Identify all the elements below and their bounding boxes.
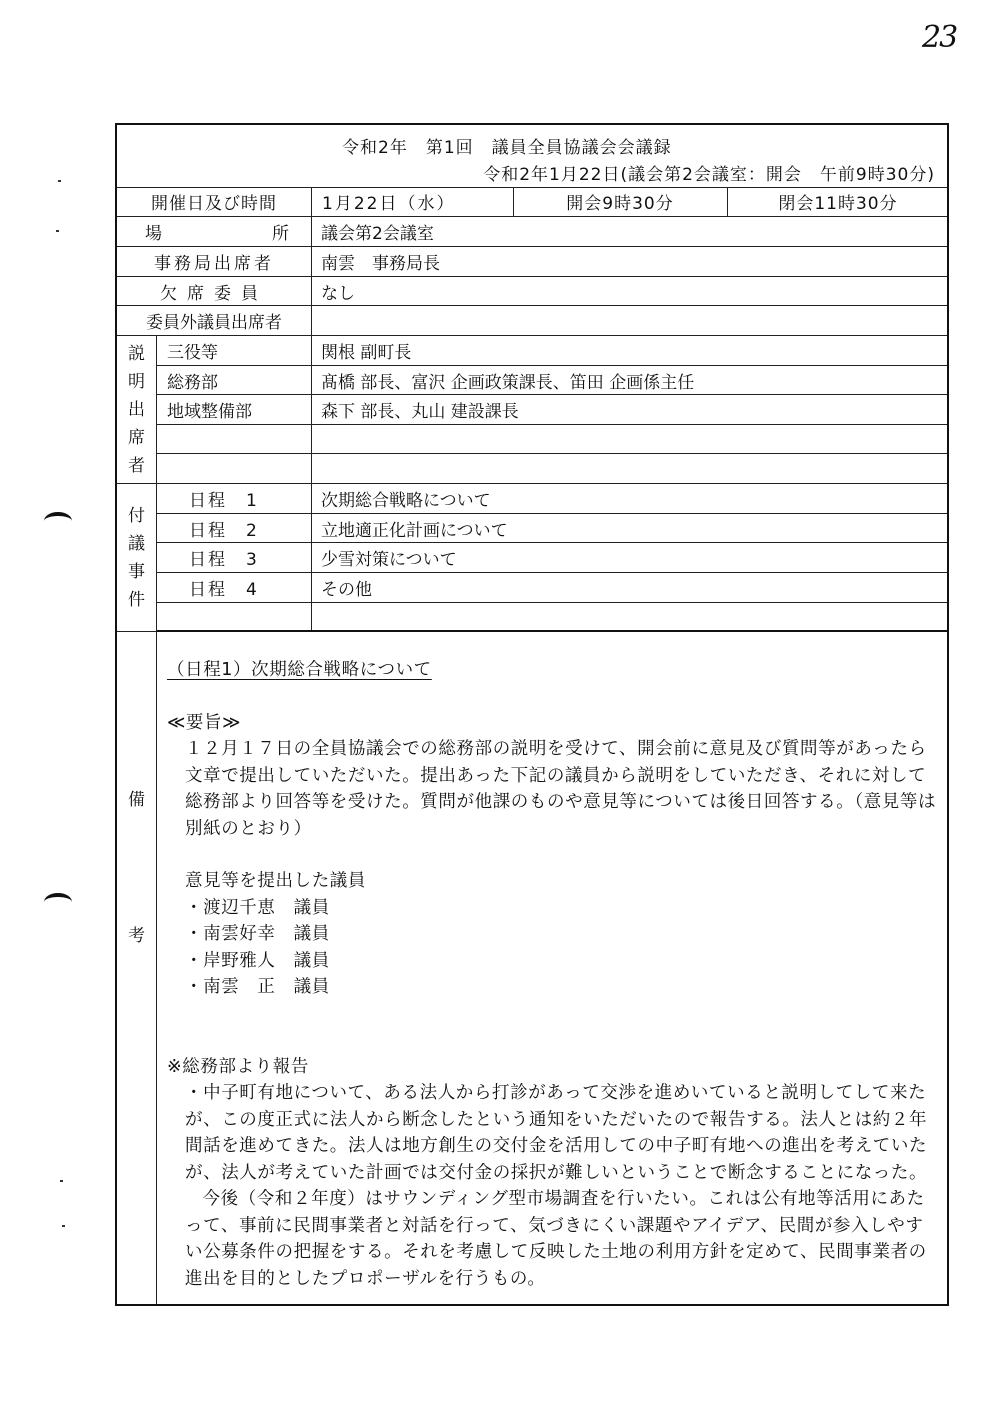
agenda-topic: 次期総合戦略について: [321, 484, 491, 513]
secretariat-label: 事務局出席者: [117, 247, 311, 276]
agenda-label: 付 議 事 件: [117, 484, 157, 632]
report-label: ※総務部より報告: [167, 1054, 937, 1081]
summary-label: ≪要旨≫: [167, 710, 937, 737]
scan-speck: [62, 1225, 65, 1227]
agenda-item-number: 日程 2: [189, 514, 259, 542]
non-member-row: 委員外議員出席者: [117, 306, 947, 336]
absent-value: なし: [321, 277, 355, 305]
date-time-label: 開催日及び時間: [117, 187, 311, 216]
agenda-row: [157, 603, 947, 632]
punch-hole-mark: [44, 512, 72, 530]
remarks-label: 備 考: [117, 632, 157, 1304]
member-item: ・南雲好幸 議員: [167, 921, 937, 948]
non-member-label: 委員外議員出席者: [117, 306, 311, 335]
scan-speck: [58, 180, 61, 182]
explainers-label: 説 明 出 席 者: [117, 336, 157, 484]
place-label-1: 場: [145, 219, 162, 244]
agenda-row: 日程 3 少雪対策について: [157, 543, 947, 573]
document-subtitle: 令和2年1月22日(議会第2会議室：開会 午前9時30分): [483, 160, 935, 185]
meeting-date: 1月22日（水）: [322, 187, 512, 216]
open-time: 開会9時30分: [513, 187, 727, 216]
place-row: 場 所 議会第2会議室: [117, 217, 947, 247]
explainer-row: [157, 454, 947, 484]
absent-row: 欠席委員 なし: [117, 277, 947, 306]
agenda-topic: 立地適正化計画について: [321, 514, 508, 542]
explainer-dept: 総務部: [167, 366, 218, 394]
place-label-2: 所: [272, 219, 289, 244]
agenda-row: 日程 4 その他: [157, 573, 947, 603]
member-item: ・岸野雅人 議員: [167, 948, 937, 975]
explainer-dept: 地域整備部: [167, 395, 252, 424]
punch-hole-mark: [44, 893, 72, 911]
explainer-names: 関根 副町長: [321, 336, 411, 365]
members-label: 意見等を提出した議員: [167, 868, 937, 895]
date-time-row: 開催日及び時間 1月22日（水） 開会9時30分 閉会11時30分: [117, 187, 947, 217]
secretariat-value: 南雲 事務局長: [321, 247, 440, 276]
agenda-item-number: 日程 1: [189, 484, 259, 513]
document-title: 令和2年 第1回 議員全員協議会会議録: [342, 133, 672, 158]
scan-speck: [60, 1180, 63, 1182]
member-item: ・渡辺千恵 議員: [167, 895, 937, 922]
minutes-table: 令和2年 第1回 議員全員協議会会議録 令和2年1月22日(議会第2会議室：開会…: [115, 123, 949, 1306]
explainer-row: 三役等 関根 副町長: [157, 336, 947, 366]
title-block: 令和2年 第1回 議員全員協議会会議録 令和2年1月22日(議会第2会議室：開会…: [117, 125, 947, 188]
agenda-item-number: 日程 3: [189, 543, 259, 572]
explainer-row: 総務部 髙橋 部長、富沢 企画政策課長、笛田 企画係主任: [157, 366, 947, 395]
place-value: 議会第2会議室: [321, 217, 434, 246]
member-item: ・南雲 正 議員: [167, 974, 937, 1001]
absent-label: 欠席委員: [117, 277, 311, 305]
secretariat-row: 事務局出席者 南雲 事務局長: [117, 247, 947, 277]
summary-text: １２月１７日の全員協議会での総務部の説明を受けて、開会前に意見及び質問等があった…: [167, 736, 937, 842]
agenda-item-number: 日程 4: [189, 573, 259, 602]
agenda-topic: 少雪対策について: [321, 543, 457, 572]
remarks-body: （日程1）次期総合戦略について ≪要旨≫ １２月１７日の全員協議会での総務部の説…: [167, 657, 937, 1292]
explainer-row: [157, 425, 947, 454]
explainer-row: 地域整備部 森下 部長、丸山 建設課長: [157, 395, 947, 425]
agenda-row: 日程 2 立地適正化計画について: [157, 514, 947, 543]
explainer-names: 森下 部長、丸山 建設課長: [321, 395, 519, 424]
scan-speck: [56, 230, 59, 232]
explainer-dept: 三役等: [167, 336, 218, 365]
remarks-heading: （日程1）次期総合戦略について: [167, 657, 937, 684]
close-time: 閉会11時30分: [727, 187, 949, 216]
handwritten-page-number: 23: [922, 20, 956, 55]
report-paragraph-2: 今後（令和２年度）はサウンディング型市場調査を行いたい。これは公有地等活用にあた…: [167, 1186, 937, 1292]
agenda-topic: その他: [321, 573, 372, 602]
agenda-row: 日程 1 次期総合戦略について: [157, 484, 947, 514]
explainer-names: 髙橋 部長、富沢 企画政策課長、笛田 企画係主任: [321, 366, 694, 394]
report-paragraph-1: ・中子町有地について、ある法人から打診があって交渉を進めいていると説明してして来…: [167, 1080, 937, 1186]
